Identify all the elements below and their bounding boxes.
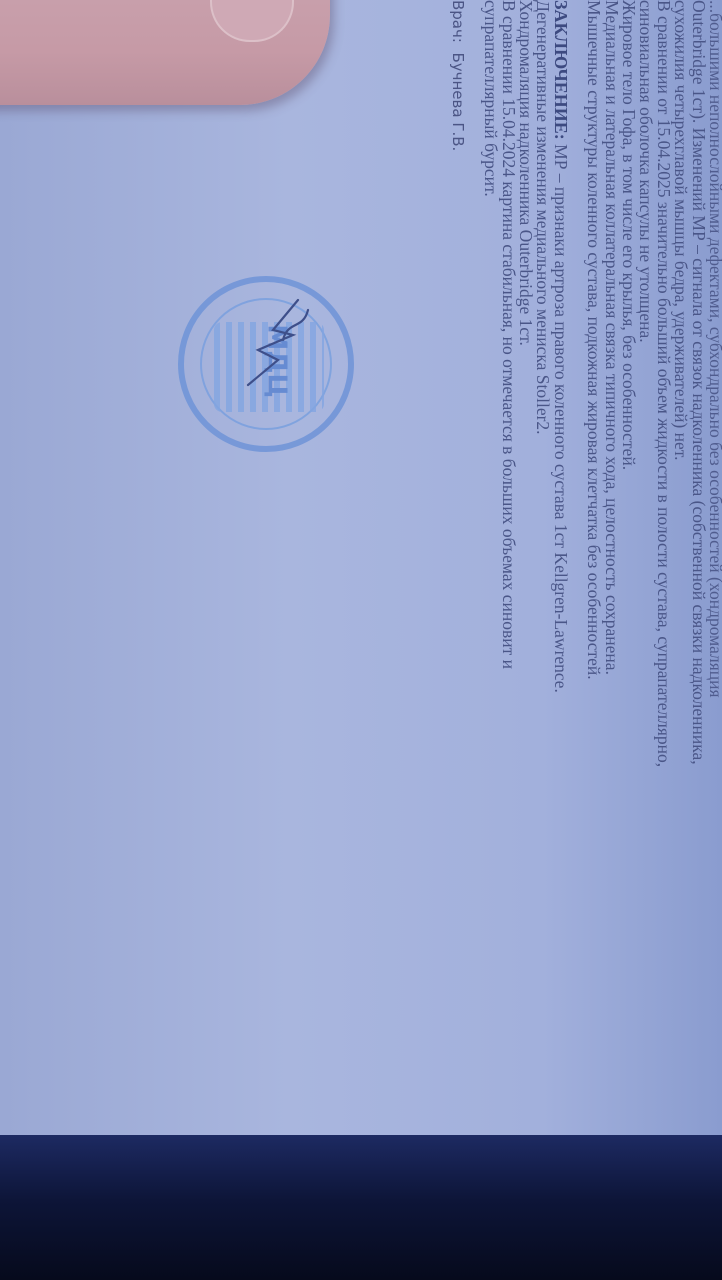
conclusion-line: ЗАКЛЮЧЕНИЕ: МР – признаки артроза правог… [551, 0, 568, 1120]
report-body: ...большими неполнослойными дефектами, с… [242, 0, 722, 1120]
doctor-label: Врач: [449, 0, 467, 43]
partial-line: ...большими неполнослойными дефектами, с… [706, 0, 722, 698]
findings-line: Жировое тело Гофа, в том числе его крыль… [620, 0, 637, 1120]
conclusion-heading: ЗАКЛЮЧЕНИЕ: [551, 0, 571, 140]
doctor-signature-line: Врач: Бучнева Г.В. [448, 0, 465, 1120]
background-surface [0, 1135, 722, 1280]
conclusion-text: МР – признаки артроза правого коленного … [551, 140, 571, 693]
conclusion-line: В сравнении 15.04.2024 картина стабильна… [499, 0, 516, 1120]
findings-line: ...большими неполнослойными дефектами, с… [707, 0, 722, 1120]
findings-line: В сравнении от 15.04.2025 значительно бо… [654, 0, 671, 1120]
findings-line: сухожилия четырехглавой мышцы бедра, уде… [672, 0, 689, 1120]
thumbnail-nail [210, 0, 294, 42]
findings-line: Мышечные структуры коленного сустава, по… [585, 0, 602, 1120]
findings-line: Медиальная и латеральная коллатеральная … [602, 0, 619, 1120]
conclusion-line: супрапателлярный бурсит. [482, 0, 499, 1120]
findings-line: синовиальная оболочка капсулы не утолщен… [637, 0, 654, 1120]
signature-icon [238, 290, 318, 390]
findings-line: Outerbridge 1ст). Изменений МР – сигнала… [689, 0, 706, 1120]
thumb [0, 0, 330, 105]
conclusion-line: Хондромаляция надколенника Outerbridge 1… [517, 0, 534, 1120]
conclusion-line: Дегенеративные изменения медиального мен… [534, 0, 551, 1120]
doctor-name: Бучнева Г.В. [449, 52, 467, 151]
